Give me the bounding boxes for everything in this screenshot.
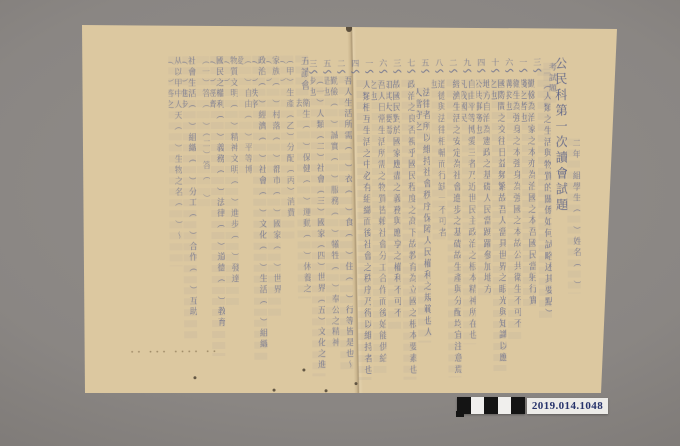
handwriting-layer: 公民科第一次讀會試題 二年 組學生（ ）姓名（ ） 考試題 五讀會 三五二四一六… [0,0,680,446]
text-column: 故國民對於國家應盡之義務與應享之權利不可不知其大要焉 [386,80,401,330]
paper-speck [193,376,196,379]
scale-bar-square-white [471,397,485,414]
question-number: 七 [404,58,418,69]
text-column: 道德與法律相輔而行缺一不可者也 [431,79,445,239]
text-column: 衛生（ ）保健（ ）運動（ ）休養之法 [297,98,311,298]
question-number: 十 [488,57,502,68]
text-column: 政治之良否視乎國民程度之高下故教育為立國之根本要素也 [401,80,416,380]
photo-stage: 公民科第一次讀會試題 二年 組學生（ ）姓名（ ） 考試題 五讀會 三五二四一六… [0,0,680,446]
question-number: 四 [474,57,488,68]
text-column: 物質文明（ ）精神文明（ ）進步（ ）發達（ ） [224,56,239,306]
text-column: （ ）自由（ ）平等博愛 [238,56,252,176]
pencil-note: ∙∙ ∙∙∙ ∙∙∙∙ ∙∙ ∙ [130,348,225,358]
paper-speck [354,382,357,385]
scale-bar [457,397,525,414]
text-column: 衛生為強身之本強身為強國之本故公共衛生不可不講求也 [506,79,521,339]
paper-speck [273,389,276,392]
text-column: 从以甲中人天（ ）生物之名（ ）〜（ ）答之 [168,56,182,266]
question-number: 二 [446,57,460,68]
question-number: 八 [432,57,446,68]
scale-bar-square-white [498,397,512,414]
paper-speck [302,368,305,371]
scale-bar-tab [456,411,464,417]
question-number: 六 [376,58,390,69]
question-number: 四 [348,58,362,69]
scale-bar-square-black [484,397,498,414]
text-column: 國際間之交往日益頻繁故吾人當具世界之眼光與知識以應之也 [491,79,506,371]
question-number: 一 [516,57,530,68]
question-number: 二 [334,58,348,69]
text-column: 家族（ ）村落（ ）都市（ ）國家（ ）世界（ ） [266,56,281,316]
scale-bar-square-black [511,397,525,414]
text-column: 人類相互生活之中必有組織而後社會之秩序乃得以維持者也 [356,80,371,380]
catalog-number-label: 2019.014.1048 [527,398,608,414]
question-number: 五 [320,58,334,69]
question-number: 三 [390,58,404,69]
text-column: 自由平等博愛三者乃近世民主政治之根本精神所在也凡我國民 [461,79,476,344]
question-number: 九 [460,57,474,68]
text-column: 國民之權利（ ）義務（ ）法律（ ）道德（ ）教育（ ）經濟 [210,56,225,356]
text-column: 一（人類之生活與物質的關係如何試略述其要點） [537,69,552,319]
text-column: 社會生活（ ）組織（ ）分工（ ）合作（ ）互助（ ）進步 [182,56,197,341]
title-suffix-column: 二年 組學生（ ）姓名（ ） [567,139,581,294]
question-number: 一 [362,58,376,69]
question-number-row: 三五二四一六三七五八二九四十六一三 [306,50,544,76]
text-column: （一）答（ ）（二）答（ ） [196,56,210,206]
text-column: 經濟生活之安定為社會進步之基礎故生產與分配均宜注意焉 [446,79,461,377]
question-number: 五 [418,58,432,69]
text-column: 吾人日常生活所需之物質皆賴社會分工合作而後始能供給之也 [371,80,386,376]
paper-speck [325,389,328,392]
text-column: 勤儉（ ）誠實（ ）服務（ ）犧牲（ ）奉公之精神是也 [324,76,339,351]
document-sheet: 公民科第一次讀會試題 二年 組學生（ ）姓名（ ） 考試題 五讀會 三五二四一六… [0,0,680,446]
text-column: 吾人生活所需（ ）衣（ ）食（ ）住（ ）行等皆是也〜 [338,76,353,371]
text-column: （甲）生產（乙）分配（丙）消費（ ） [280,56,294,241]
text-column: 法律者所以維持社會秩序保障人民權利之規範也人人當守之 [416,88,431,343]
question-number: 三 [530,57,544,68]
question-number: 六 [502,57,516,68]
text-column: 地方自治為憲政之基礎人民當踴躍參加地方公共事務也 [476,79,491,299]
question-number: 三 [306,58,320,69]
text-column: 政治（ ）經濟（ ）社會（ ）文化（ ）生活（ ）組織（ ）秩序 [252,56,267,361]
text-column: 勤儉為治家之本亦為治國之本吾國民當躬行實踐之者也 [521,79,536,309]
text-column: （一）人類（二）社會（三）國家（四）世界（五）文化之進步也 [310,76,325,376]
